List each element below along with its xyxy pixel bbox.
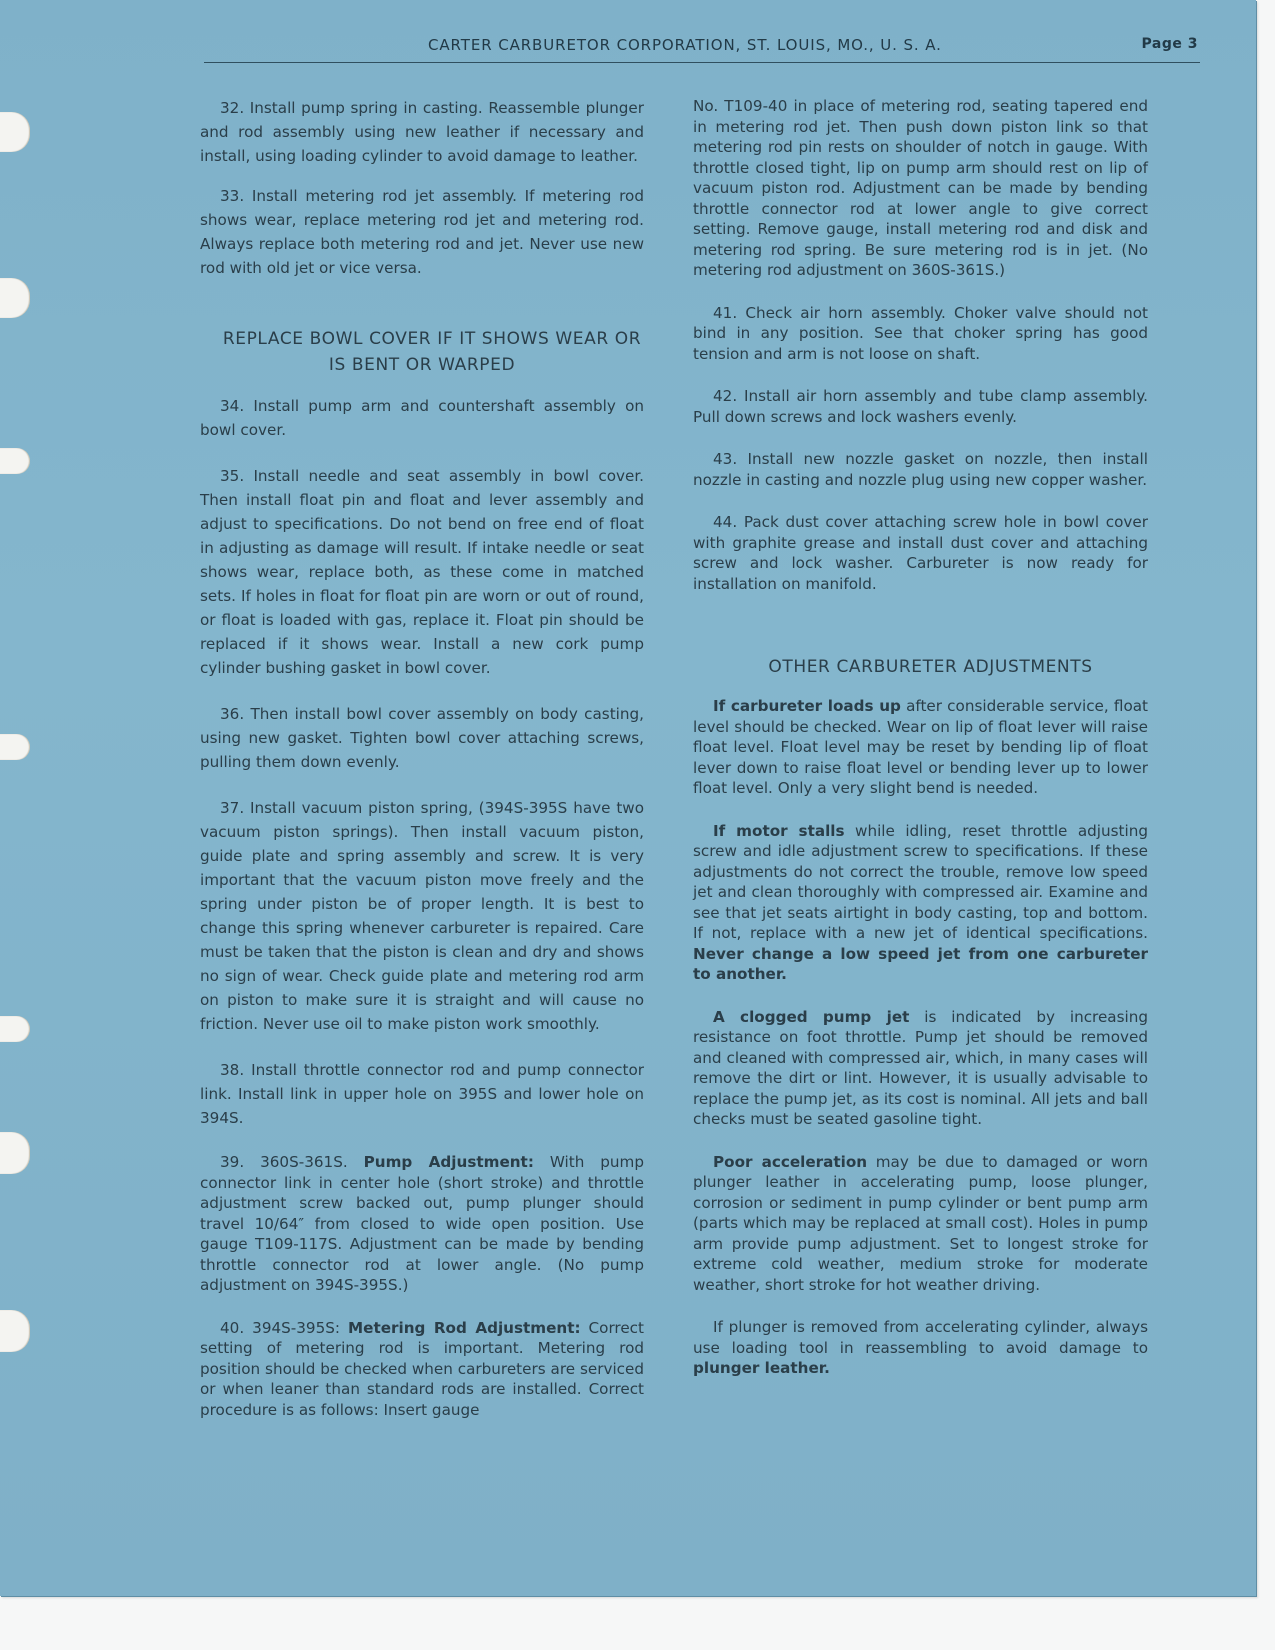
paragraph-poor-acceleration: Poor acceleration may be due to damaged …: [693, 1152, 1148, 1296]
step-32: 32. Install pump spring in casting. Reas…: [200, 96, 644, 168]
step-34: 34. Install pump arm and countershaft as…: [200, 394, 644, 442]
step-37: 37. Install vacuum piston spring, (394S-…: [200, 796, 644, 1036]
punch-hole: [0, 448, 30, 474]
left-column: 32. Install pump spring in casting. Reas…: [200, 96, 644, 1420]
paragraph-loads-up: If carbureter loads up after considerabl…: [693, 696, 1148, 799]
punch-hole: [0, 1016, 30, 1042]
section-heading-other-adjustments: OTHER CARBURETER ADJUSTMENTS: [693, 654, 1148, 680]
company-name: CARTER CARBURETOR CORPORATION, ST. LOUIS…: [428, 36, 942, 54]
step-42: 42. Install air horn assembly and tube c…: [693, 386, 1148, 427]
punch-hole: [0, 1310, 30, 1352]
page-header: CARTER CARBURETOR CORPORATION, ST. LOUIS…: [204, 34, 1200, 63]
step-44: 44. Pack dust cover attaching screw hole…: [693, 512, 1148, 594]
punch-hole: [0, 112, 30, 152]
page-number: Page 3: [1142, 36, 1198, 52]
step-43: 43. Install new nozzle gasket on nozzle,…: [693, 449, 1148, 490]
punch-hole: [0, 734, 30, 760]
section-heading-bowl-cover: REPLACE BOWL COVER IF IT SHOWS WEAR OR I…: [200, 326, 644, 378]
step-41: 41. Check air horn assembly. Choker valv…: [693, 303, 1148, 365]
step-40: 40. 394S-395S: Metering Rod Adjustment: …: [200, 1318, 644, 1421]
step-35: 35. Install needle and seat assembly in …: [200, 464, 644, 680]
punch-hole: [0, 278, 30, 318]
step-40-continued: No. T109-40 in place of metering rod, se…: [693, 96, 1148, 281]
paragraph-motor-stalls: If motor stalls while idling, reset thro…: [693, 821, 1148, 985]
paragraph-clogged-pump-jet: A clogged pump jet is indicated by incre…: [693, 1007, 1148, 1130]
document-page: CARTER CARBURETOR CORPORATION, ST. LOUIS…: [0, 0, 1256, 1596]
step-38: 38. Install throttle connector rod and p…: [200, 1058, 644, 1130]
paragraph-plunger-removal: If plunger is removed from accelerating …: [693, 1317, 1148, 1379]
step-39: 39. 360S-361S. Pump Adjustment: With pum…: [200, 1152, 644, 1296]
step-33: 33. Install metering rod jet assembly. I…: [200, 184, 644, 280]
right-column: No. T109-40 in place of metering rod, se…: [693, 96, 1148, 1379]
punch-hole: [0, 1132, 30, 1174]
step-36: 36. Then install bowl cover assembly on …: [200, 702, 644, 774]
